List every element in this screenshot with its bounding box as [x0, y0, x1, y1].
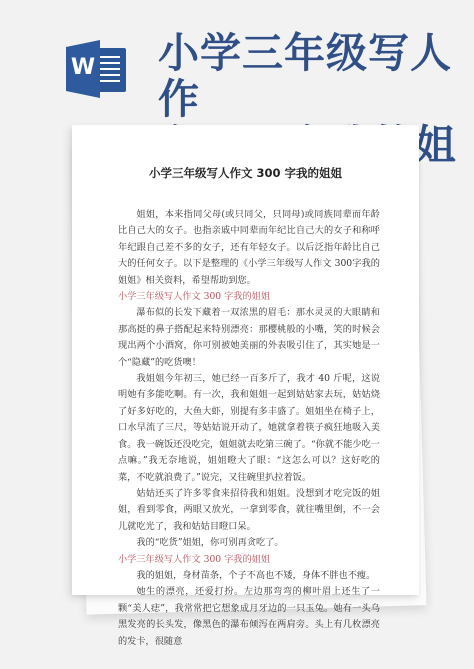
subheading: 小学三年级写人作文 300 字我的姐姐 [118, 289, 380, 305]
document-body: 姐姐，本来指同父母(或只同父，只同母)或同族同辈而年龄比自己大的女子。也指亲戚中… [118, 207, 380, 650]
paragraph: 姑姑还买了许多零食来招待我和姐姐。没想到才吃完饭的姐姐，看到零食，两眼又放光，一… [118, 486, 380, 535]
paragraph: 姐姐，本来指同父母(或只同父，只同母)或同族同辈而年龄比自己大的女子。也指亲戚中… [118, 207, 380, 289]
word-letter: W [70, 54, 96, 82]
paragraph: 我的“吃货”姐姐，你可别再贪吃了。 [118, 535, 380, 551]
document-title: 小学三年级写人作文 300 字我的姐姐 [72, 165, 419, 181]
paragraph: 瀑布似的长发下藏着一双浓黑的眉毛：那水灵灵的大眼睛和那高挺的鼻子搭配起来特别漂亮… [118, 305, 380, 371]
paragraph: 我的姐姐，身材苗条，个子不高也不矮，身体不胖也不瘦。 [118, 568, 380, 584]
paragraph: 她生的漂亮，还爱打扮。左边那弯弯的柳叶眉上还生了一颗“美人痣”，我常常把它想象成… [118, 584, 380, 650]
banner-title-line1: 小学三年级写人作 [158, 30, 458, 122]
banner-header: W 小学三年级写人作 文300字我的姐姐 [0, 0, 474, 120]
document-page: 小学三年级写人作文 300 字我的姐姐 姐姐，本来指同父母(或只同父，只同母)或… [72, 125, 419, 595]
word-document-icon: W [66, 40, 128, 98]
subheading: 小学三年级写人作文 300 字我的姐姐 [118, 552, 380, 568]
paragraph: 我姐姐今年初三，她已经一百多斤了，我才 40 斤呢，这说明她有多能吃啊。有一次，… [118, 371, 380, 486]
